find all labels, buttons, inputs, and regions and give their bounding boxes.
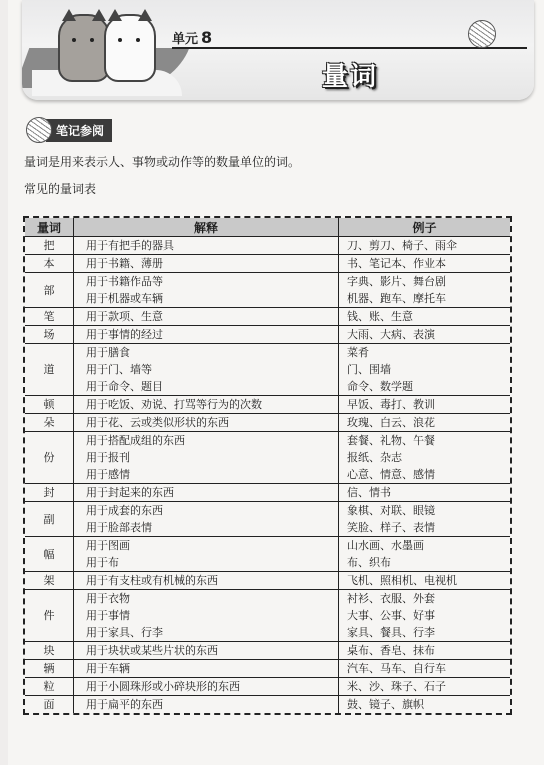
examples-cell: 刀、剪刀、椅子、雨伞: [339, 237, 511, 255]
explanation-cell: 用于事情的经过: [74, 326, 339, 344]
example-line: 米、沙、珠子、石子: [347, 678, 506, 695]
explanation-line: 用于搭配成组的东西: [86, 432, 334, 449]
example-line: 信、情书: [347, 484, 506, 501]
table-row: 份用于搭配成组的东西用于报刊用于感情套餐、礼物、午餐报纸、杂志心意、情意、感情: [25, 432, 510, 484]
measure-word: 件: [25, 590, 74, 642]
example-line: 门、围墙: [347, 361, 506, 378]
explanation-cell: 用于图画用于布: [74, 537, 339, 572]
table-row: 把用于有把手的器具刀、剪刀、椅子、雨伞: [25, 237, 510, 255]
table-row: 件用于衣物用于事情用于家具、行李衬衫、衣服、外套大事、公事、好事家具、餐具、行李: [25, 590, 510, 642]
example-line: 大事、公事、好事: [347, 607, 506, 624]
explanation-line: 用于扁平的东西: [86, 696, 334, 713]
measure-word: 辆: [25, 660, 74, 678]
examples-cell: 米、沙、珠子、石子: [339, 678, 511, 696]
table-row: 道用于膳食用于门、墙等用于命令、题目菜肴门、围墙命令、数学题: [25, 344, 510, 396]
examples-cell: 玫瑰、白云、浪花: [339, 414, 511, 432]
examples-cell: 汽车、马车、自行车: [339, 660, 511, 678]
examples-cell: 字典、影片、舞台剧机器、跑车、摩托车: [339, 273, 511, 308]
example-line: 汽车、马车、自行车: [347, 660, 506, 677]
table-row: 副用于成套的东西用于脸部表情象棋、对联、眼镜笑脸、样子、表情: [25, 502, 510, 537]
examples-cell: 山水画、水墨画布、织布: [339, 537, 511, 572]
white-cat-icon: [104, 14, 156, 82]
example-line: 心意、情意、感情: [347, 466, 506, 483]
example-line: 大雨、大病、表演: [347, 326, 506, 343]
table-header-row: 量词 解释 例子: [25, 218, 510, 237]
table-row: 顿用于吃饭、劝说、打骂等行为的次数早饭、毒打、教训: [25, 396, 510, 414]
examples-cell: 飞机、照相机、电视机: [339, 572, 511, 590]
examples-cell: 信、情书: [339, 484, 511, 502]
table-row: 面用于扁平的东西鼓、镜子、旗帜: [25, 696, 510, 714]
measure-word: 块: [25, 642, 74, 660]
yarn-ball-icon: [26, 117, 52, 143]
example-line: 字典、影片、舞台剧: [347, 273, 506, 290]
table-row: 块用于块状或某些片状的东西桌布、香皂、抹布: [25, 642, 510, 660]
example-line: 机器、跑车、摩托车: [347, 290, 506, 307]
explanation-cell: 用于有支柱或有机械的东西: [74, 572, 339, 590]
example-line: 报纸、杂志: [347, 449, 506, 466]
explanation-cell: 用于有把手的器具: [74, 237, 339, 255]
table-row: 辆用于车辆汽车、马车、自行车: [25, 660, 510, 678]
table-row: 场用于事情的经过大雨、大病、表演: [25, 326, 510, 344]
grey-cat-icon: [58, 14, 110, 82]
measure-word: 幅: [25, 537, 74, 572]
table-row: 笔用于款项、生意钱、账、生意: [25, 308, 510, 326]
page-title: 量词: [322, 56, 378, 93]
explanation-line: 用于车辆: [86, 660, 334, 677]
example-line: 钱、账、生意: [347, 308, 506, 325]
explanation-cell: 用于块状或某些片状的东西: [74, 642, 339, 660]
table-row: 朵用于花、云或类似形状的东西玫瑰、白云、浪花: [25, 414, 510, 432]
column-header-examples: 例子: [339, 218, 511, 237]
example-line: 玫瑰、白云、浪花: [347, 414, 506, 431]
intro-text: 量词是用来表示人、事物或动作等的数量单位的词。: [24, 153, 300, 170]
example-line: 家具、餐具、行李: [347, 624, 506, 641]
explanation-line: 用于有支柱或有机械的东西: [86, 572, 334, 589]
explanation-cell: 用于吃饭、劝说、打骂等行为的次数: [74, 396, 339, 414]
measure-word: 架: [25, 572, 74, 590]
measure-word: 粒: [25, 678, 74, 696]
example-line: 飞机、照相机、电视机: [347, 572, 506, 589]
explanation-cell: 用于车辆: [74, 660, 339, 678]
examples-cell: 桌布、香皂、抹布: [339, 642, 511, 660]
explanation-line: 用于机器或车辆: [86, 290, 334, 307]
explanation-line: 用于感情: [86, 466, 334, 483]
explanation-line: 用于成套的东西: [86, 502, 334, 519]
example-line: 桌布、香皂、抹布: [347, 642, 506, 659]
explanation-line: 用于款项、生意: [86, 308, 334, 325]
examples-cell: 菜肴门、围墙命令、数学题: [339, 344, 511, 396]
example-line: 刀、剪刀、椅子、雨伞: [347, 237, 506, 254]
measure-word: 顿: [25, 396, 74, 414]
explanation-line: 用于衣物: [86, 590, 334, 607]
column-header-word: 量词: [25, 218, 74, 237]
examples-cell: 套餐、礼物、午餐报纸、杂志心意、情意、感情: [339, 432, 511, 484]
yarn-ball-icon: [468, 20, 496, 48]
measure-word-table: 量词 解释 例子 把用于有把手的器具刀、剪刀、椅子、雨伞本用于书籍、薄册书、笔记…: [23, 216, 512, 715]
examples-cell: 大雨、大病、表演: [339, 326, 511, 344]
unit-label: 单元8: [172, 28, 212, 47]
example-line: 书、笔记本、作业本: [347, 255, 506, 272]
examples-cell: 衬衫、衣服、外套大事、公事、好事家具、餐具、行李: [339, 590, 511, 642]
explanation-line: 用于脸部表情: [86, 519, 334, 536]
measure-word: 面: [25, 696, 74, 714]
column-header-explanation: 解释: [74, 218, 339, 237]
section-tag-label: 笔记参阅: [46, 119, 112, 142]
explanation-line: 用于花、云或类似形状的东西: [86, 414, 334, 431]
banner-rule: [172, 47, 527, 49]
table-row: 架用于有支柱或有机械的东西飞机、照相机、电视机: [25, 572, 510, 590]
measure-word: 朵: [25, 414, 74, 432]
explanation-line: 用于命令、题目: [86, 378, 334, 395]
explanation-line: 用于小圆珠形或小碎块形的东西: [86, 678, 334, 695]
table-row: 粒用于小圆珠形或小碎块形的东西米、沙、珠子、石子: [25, 678, 510, 696]
explanation-line: 用于块状或某些片状的东西: [86, 642, 334, 659]
table-row: 本用于书籍、薄册书、笔记本、作业本: [25, 255, 510, 273]
explanation-cell: 用于书籍作品等用于机器或车辆: [74, 273, 339, 308]
explanation-line: 用于门、墙等: [86, 361, 334, 378]
measure-word: 部: [25, 273, 74, 308]
explanation-cell: 用于花、云或类似形状的东西: [74, 414, 339, 432]
explanation-line: 用于事情的经过: [86, 326, 334, 343]
example-line: 套餐、礼物、午餐: [347, 432, 506, 449]
examples-cell: 鼓、镜子、旗帜: [339, 696, 511, 714]
measure-word: 封: [25, 484, 74, 502]
explanation-line: 用于布: [86, 554, 334, 571]
explanation-cell: 用于款项、生意: [74, 308, 339, 326]
measure-word: 副: [25, 502, 74, 537]
explanation-cell: 用于膳食用于门、墙等用于命令、题目: [74, 344, 339, 396]
example-line: 笑脸、样子、表情: [347, 519, 506, 536]
measure-word: 本: [25, 255, 74, 273]
example-line: 山水画、水墨画: [347, 537, 506, 554]
explanation-line: 用于图画: [86, 537, 334, 554]
measure-word: 场: [25, 326, 74, 344]
examples-cell: 钱、账、生意: [339, 308, 511, 326]
unit-label-text: 单元: [172, 32, 198, 47]
explanation-line: 用于吃饭、劝说、打骂等行为的次数: [86, 396, 334, 413]
example-line: 鼓、镜子、旗帜: [347, 696, 506, 713]
example-line: 布、织布: [347, 554, 506, 571]
explanation-cell: 用于成套的东西用于脸部表情: [74, 502, 339, 537]
measure-word: 份: [25, 432, 74, 484]
explanation-line: 用于事情: [86, 607, 334, 624]
example-line: 象棋、对联、眼镜: [347, 502, 506, 519]
measure-word: 把: [25, 237, 74, 255]
explanation-cell: 用于书籍、薄册: [74, 255, 339, 273]
explanation-cell: 用于小圆珠形或小碎块形的东西: [74, 678, 339, 696]
explanation-line: 用于有把手的器具: [86, 237, 334, 254]
explanation-line: 用于膳食: [86, 344, 334, 361]
explanation-line: 用于家具、行李: [86, 624, 334, 641]
example-line: 衬衫、衣服、外套: [347, 590, 506, 607]
unit-banner: 单元8 量词: [22, 0, 534, 100]
explanation-cell: 用于搭配成组的东西用于报刊用于感情: [74, 432, 339, 484]
table-row: 封用于封起来的东西信、情书: [25, 484, 510, 502]
explanation-line: 用于封起来的东西: [86, 484, 334, 501]
measure-word: 道: [25, 344, 74, 396]
section-tag: 笔记参阅: [26, 119, 112, 141]
table-row: 幅用于图画用于布山水画、水墨画布、织布: [25, 537, 510, 572]
table-title: 常见的量词表: [24, 180, 96, 197]
explanation-cell: 用于封起来的东西: [74, 484, 339, 502]
table-row: 部用于书籍作品等用于机器或车辆字典、影片、舞台剧机器、跑车、摩托车: [25, 273, 510, 308]
explanation-cell: 用于衣物用于事情用于家具、行李: [74, 590, 339, 642]
explanation-line: 用于书籍作品等: [86, 273, 334, 290]
example-line: 菜肴: [347, 344, 506, 361]
explanation-line: 用于报刊: [86, 449, 334, 466]
example-line: 命令、数学题: [347, 378, 506, 395]
explanation-cell: 用于扁平的东西: [74, 696, 339, 714]
examples-cell: 书、笔记本、作业本: [339, 255, 511, 273]
unit-number: 8: [201, 28, 212, 47]
examples-cell: 象棋、对联、眼镜笑脸、样子、表情: [339, 502, 511, 537]
example-line: 早饭、毒打、教训: [347, 396, 506, 413]
explanation-line: 用于书籍、薄册: [86, 255, 334, 272]
examples-cell: 早饭、毒打、教训: [339, 396, 511, 414]
page: 单元8 量词 笔记参阅 量词是用来表示人、事物或动作等的数量单位的词。 常见的量…: [8, 0, 544, 765]
measure-word: 笔: [25, 308, 74, 326]
